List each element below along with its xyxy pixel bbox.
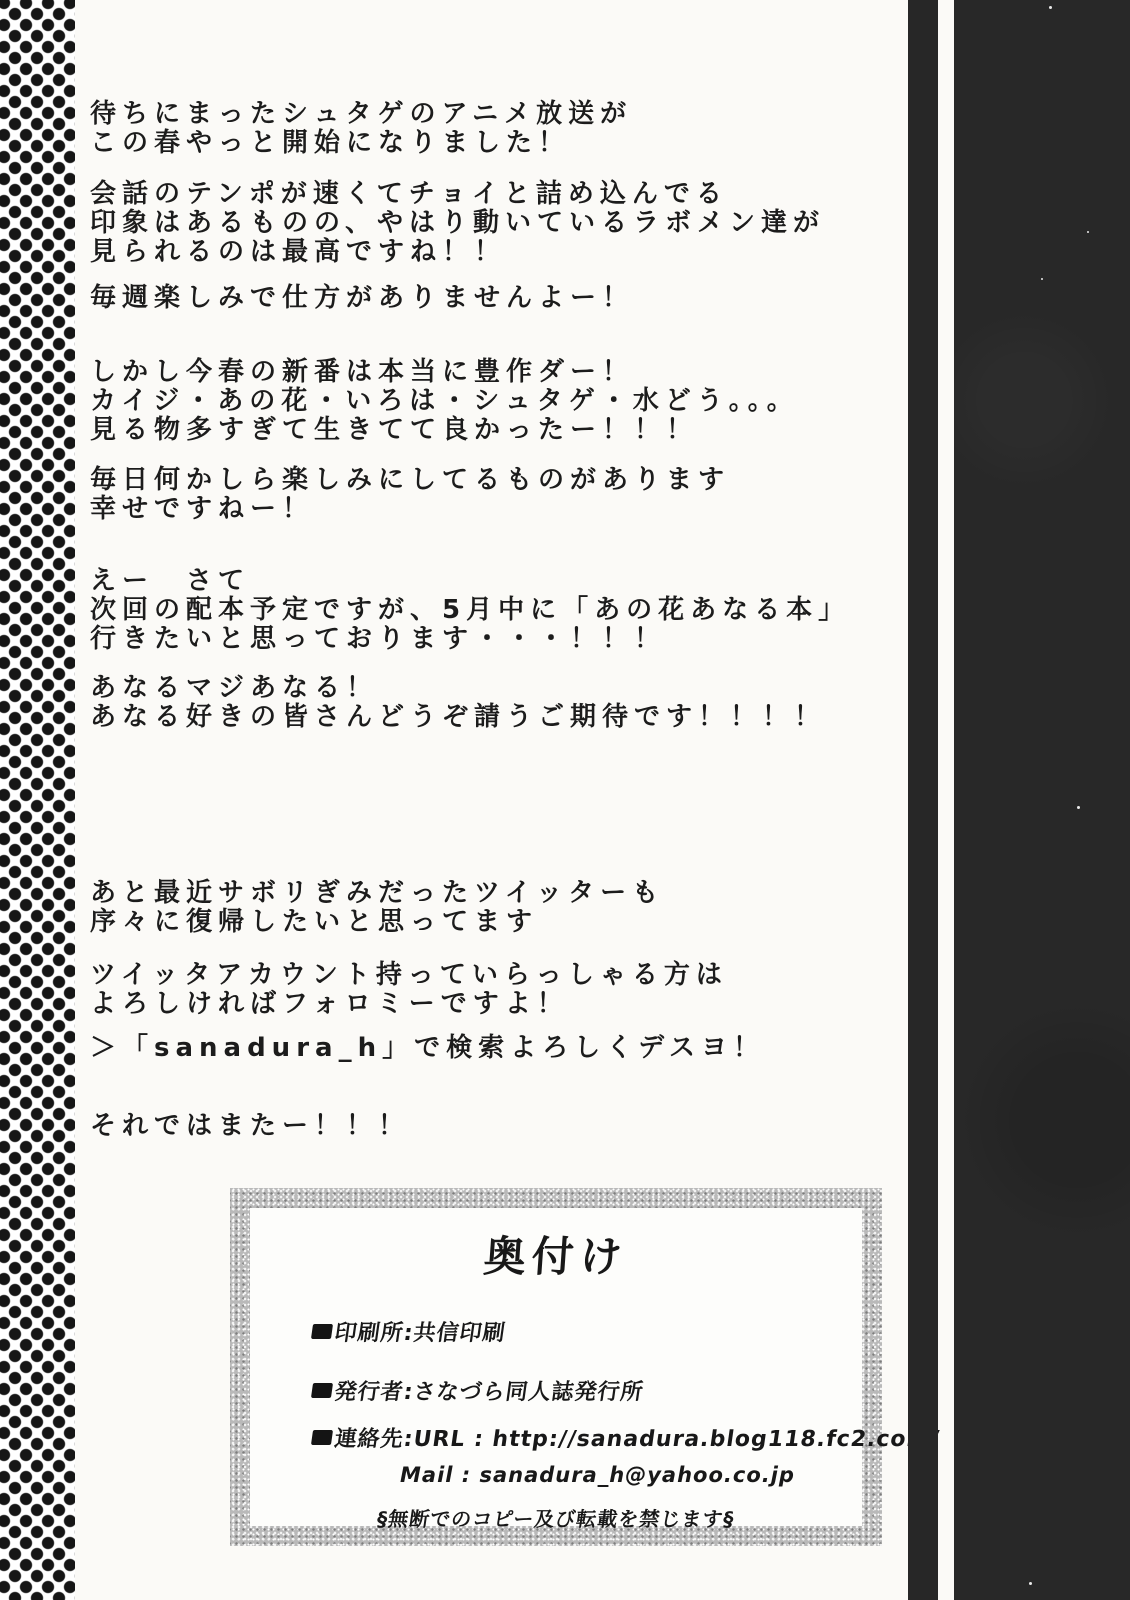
text-paragraph: しかし今春の新番は本当に豊作ダー！ カイジ・あの花・いろは・シュタゲ・水どう。。… <box>90 358 799 445</box>
colophon-items: 印刷所:共信印刷 発行者:さなづら同人誌発行所 連絡先:URL : http:/… <box>312 1316 862 1453</box>
text-paragraph: 毎週楽しみで仕方がありませんよー！ <box>90 284 634 313</box>
text-line: 行きたいと思っております・・・！！！ <box>90 625 850 654</box>
text-line: 印象はあるものの、やはり動いているラボメン達が <box>90 209 825 238</box>
text-line: あと最近サボリぎみだったツイッターも <box>90 879 664 908</box>
dust-speck <box>1049 6 1052 9</box>
colophon-item-contact-url: 連絡先:URL : http://sanadura.blog118.fc2.co… <box>310 1422 864 1453</box>
text-paragraph: 毎日何かしら楽しみにしてるものがあります 幸せですねー！ <box>90 466 730 524</box>
twitter-search-line: ＞「sanadura_h」で検索よろしくデスヨ！ <box>90 1034 765 1063</box>
text-line: 毎日何かしら楽しみにしてるものがあります <box>90 466 730 495</box>
text-paragraph: ＞「sanadura_h」で検索よろしくデスヨ！ <box>90 1034 765 1063</box>
text-line: 次回の配本予定ですが、5月中に「あの花あなる本」 <box>90 596 850 625</box>
text-line: 見られるのは最高ですね！！ <box>90 238 825 267</box>
text-paragraph: えー さて 次回の配本予定ですが、5月中に「あの花あなる本」 行きたいと思ってお… <box>90 567 850 654</box>
text-line: この春やっと開始になりました！ <box>90 129 632 158</box>
text-line: カイジ・あの花・いろは・シュタゲ・水どう。。。 <box>90 387 799 416</box>
copy-prohibition-notice: §無断でのコピー及び転載を禁じます§ <box>248 1503 864 1532</box>
colophon-title: 奥付け <box>248 1224 864 1284</box>
text-paragraph: ツイッタアカウント持っていらっしゃる方は よろしければフォロミーですよ！ <box>90 961 728 1019</box>
colophon-inner: 奥付け 印刷所:共信印刷 発行者:さなづら同人誌発行所 連絡先:URL : ht… <box>250 1208 862 1526</box>
square-bullet-icon <box>311 1383 333 1398</box>
text-paragraph: 待ちにまったシュタゲのアニメ放送が この春やっと開始になりました！ <box>90 100 632 158</box>
colophon-item-publisher: 発行者:さなづら同人誌発行所 <box>310 1375 864 1406</box>
colophon-mail: Mail : sanadura_h@yahoo.co.jp <box>400 1463 862 1487</box>
scan-edge-black-bar <box>954 0 1130 1600</box>
text-line: しかし今春の新番は本当に豊作ダー！ <box>90 358 799 387</box>
colophon-item-printer: 印刷所:共信印刷 <box>310 1316 864 1347</box>
square-bullet-icon <box>311 1430 333 1445</box>
text-line: よろしければフォロミーですよ！ <box>90 990 728 1019</box>
text-paragraph: あなるマジあなる！ あなる好きの皆さんどうぞ請うご期待です！！！！ <box>90 674 826 732</box>
text-line: ツイッタアカウント持っていらっしゃる方は <box>90 961 728 990</box>
colophon-item-text: 発行者:さなづら同人誌発行所 <box>333 1375 646 1406</box>
text-line: 会話のテンポが速くてチョイと詰め込んでる <box>90 180 825 209</box>
colophon-item-text: 連絡先:URL : http://sanadura.blog118.fc2.co… <box>333 1422 942 1453</box>
text-line: 見る物多すぎて生きてて良かったー！！！ <box>90 416 799 445</box>
text-paragraph: 会話のテンポが速くてチョイと詰め込んでる 印象はあるものの、やはり動いているラボ… <box>90 180 825 267</box>
dust-speck <box>1087 231 1089 233</box>
text-line: あなる好きの皆さんどうぞ請うご期待です！！！！ <box>90 703 826 732</box>
text-paragraph: それではまたー！！！ <box>90 1112 410 1141</box>
text-line: 序々に復帰したいと思ってます <box>90 908 664 937</box>
dust-speck <box>1029 1582 1032 1585</box>
scan-gutter-strip <box>908 0 938 1600</box>
colophon-box: 奥付け 印刷所:共信印刷 発行者:さなづら同人誌発行所 連絡先:URL : ht… <box>230 1188 882 1546</box>
text-line: 待ちにまったシュタゲのアニメ放送が <box>90 100 632 129</box>
dust-speck <box>1077 806 1080 809</box>
text-line: それではまたー！！！ <box>90 1112 410 1141</box>
text-line: あなるマジあなる！ <box>90 674 826 703</box>
text-line: 幸せですねー！ <box>90 495 730 524</box>
dust-speck <box>1041 278 1043 280</box>
text-paragraph: あと最近サボリぎみだったツイッターも 序々に復帰したいと思ってます <box>90 879 664 937</box>
polka-dot-border <box>0 0 75 1600</box>
square-bullet-icon <box>311 1324 333 1339</box>
scanned-afterword-page: 待ちにまったシュタゲのアニメ放送が この春やっと開始になりました！ 会話のテンポ… <box>0 0 1130 1600</box>
text-line: えー さて <box>90 567 850 596</box>
text-line: 毎週楽しみで仕方がありませんよー！ <box>90 284 634 313</box>
colophon-item-text: 印刷所:共信印刷 <box>333 1316 508 1347</box>
